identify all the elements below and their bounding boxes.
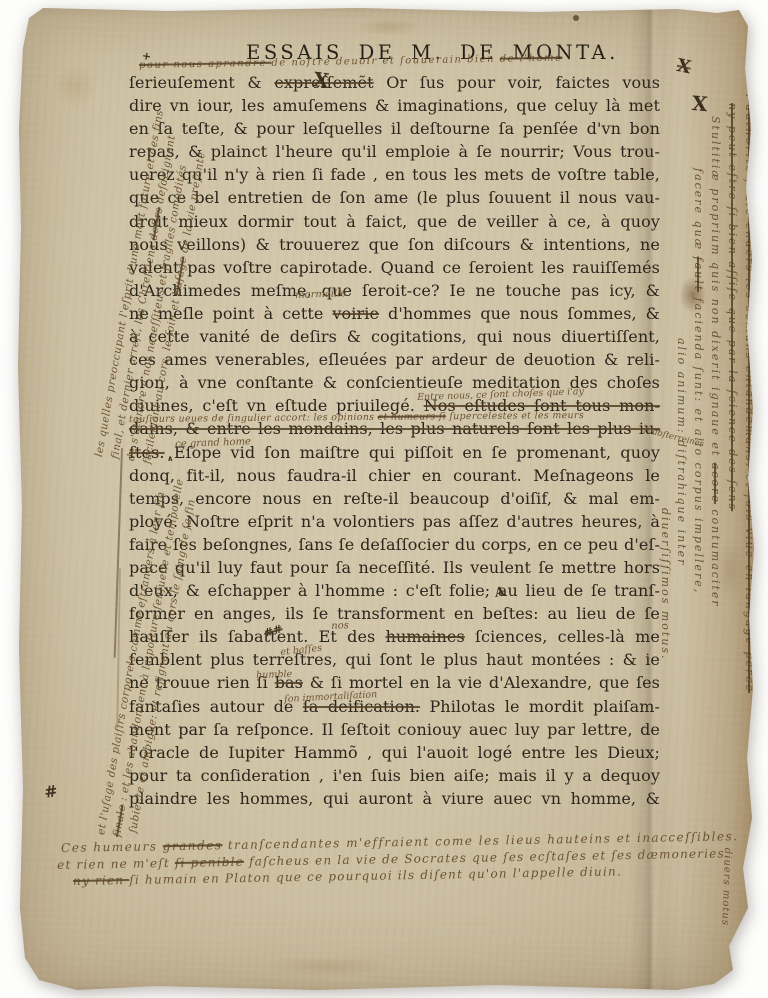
printed-line: hauſſer ils ſabattent. Et des humaines ſ… xyxy=(129,625,660,648)
printed-line: plaindre les hommes, qui auront à viure … xyxy=(129,787,660,810)
struck-text: fault xyxy=(692,257,705,293)
right-margin-note: ny peut eſtre ſi bien aſſiſe que par la … xyxy=(726,103,738,511)
text-segment: touſiours ueues de ſingulier accort: les… xyxy=(129,412,378,425)
text-segment: diuerſiſſimos motus. xyxy=(659,508,672,661)
text-segment: ∧ xyxy=(167,453,174,463)
hash-mark: # xyxy=(43,782,59,801)
text-segment: temps, encore nous en reſte-il beaucoup … xyxy=(129,489,660,508)
page-wrapper: ESSAIS DE M. DE MONTA. ſerieuſement & ex… xyxy=(17,8,754,990)
printed-line: l'oracle de Iupiter Hammõ , qui l'auoit … xyxy=(129,741,660,764)
struck-text: ny peut eſtre ſi bien aſſiſe que par la … xyxy=(726,103,739,511)
printed-line: droit mieux dormir tout à faict, que de … xyxy=(129,210,660,233)
printed-line: d'Archimedes meſme, que ſeroit-ce? Ie ne… xyxy=(129,279,660,302)
struck-text: ny rien xyxy=(73,873,129,888)
text-segment: uerez qu'il n'y à rien ſi fade , en tous… xyxy=(129,165,660,184)
text-segment: que ce bel entretien de ſon ame (le plus… xyxy=(129,188,660,207)
foxing-stain xyxy=(53,64,97,108)
text-segment: à cette vanité de deſirs & cogitations, … xyxy=(129,327,660,346)
text-segment: ſupercelestes et les meurs xyxy=(446,410,584,422)
printed-line: que ce bel entretien de ſon ame (le plus… xyxy=(129,186,660,209)
printed-line: pour ta conſideration , i'en ſuis bien a… xyxy=(129,764,660,787)
text-segment: contumaciter xyxy=(709,504,722,608)
interlinear-humble: humble xyxy=(256,670,292,682)
right-margin-note: diuers motus xyxy=(719,848,733,926)
printed-line: d'eux, & eſchapper à l'homme : c'eſt fol… xyxy=(129,579,660,602)
text-segment: l'oracle de Iupiter Hammõ , qui l'auoit … xyxy=(129,743,660,762)
text-segment: ployé. Noſtre eſprit n'a volontiers pas … xyxy=(129,512,660,531)
interlinear-marmaille: marmaille xyxy=(295,288,347,301)
struck-text: humaines xyxy=(386,627,465,646)
right-margin-note: alio animum: diſtrahique inter xyxy=(675,338,687,566)
printed-line: faire ſes beſongnes, ſans ſe deſaſſocier… xyxy=(129,533,660,556)
hand-capital-a: A xyxy=(494,586,506,602)
printed-line: ſemblent plus terreſtres, qui ſont le pl… xyxy=(129,648,660,671)
text-segment: # xyxy=(43,781,59,802)
printed-line: ment par ſa reſponce. Il ſeſtoit coniouy… xyxy=(129,718,660,741)
text-segment: valent pas voſtre capirotade. Quand ce ſ… xyxy=(129,258,660,277)
text-segment: A xyxy=(494,585,506,601)
struck-text: de l'home xyxy=(500,53,563,65)
printed-line: ne trouue rien ſi bas & ſi mortel en la … xyxy=(129,671,660,694)
text-segment: diuers motus xyxy=(719,848,733,926)
struck-text: finale xyxy=(111,803,129,837)
right-margin-note: diuerſiſſimos motus. xyxy=(659,508,671,661)
struck-text: voirie xyxy=(332,304,379,323)
text-segment: marmaille xyxy=(295,288,347,301)
text-segment: dire vn iour, les amuſemens & imaginatio… xyxy=(129,96,660,115)
struck-text: l'authorité ſeule enuers les cõmuns enta… xyxy=(743,94,756,693)
insertion-x-mark: X xyxy=(312,68,330,92)
struck-text: ſi penible xyxy=(175,855,244,870)
printed-line: donq, fit-il, nous faudra-il chier en co… xyxy=(129,464,660,487)
struck-text: et humeurs ſi xyxy=(378,411,446,423)
printed-line: dire vn iour, les amuſemens & imaginatio… xyxy=(129,94,660,117)
text-segment: humble xyxy=(256,669,292,681)
printed-line: ployé. Noſtre eſprit n'a volontiers pas … xyxy=(129,510,660,533)
text-segment: d'Archimedes meſme, que ſeroit-ce? Ie ne… xyxy=(129,281,660,300)
text-segment: Or ſus pour voir, faictes vous xyxy=(374,73,660,92)
text-segment: X xyxy=(312,67,331,93)
right-margin-note: Stultitiæ proprium quis non dixerit igna… xyxy=(709,116,721,608)
text-segment: Ces humeurs xyxy=(61,839,163,855)
foxing-stain xyxy=(263,956,393,976)
text-segment: facere quæ xyxy=(692,168,705,257)
printed-line: ne meſle point à cette voirie d'hommes q… xyxy=(129,302,660,325)
printed-line: temps, encore nous en reſte-il beaucoup … xyxy=(129,487,660,510)
text-segment: et rien ne m'eſt xyxy=(57,856,175,872)
struck-text: acore xyxy=(709,463,722,504)
cancelled-x-mark: X xyxy=(675,56,693,78)
printed-line: ces ames venerables, eſleuées par ardeur… xyxy=(129,348,660,371)
text-segment: ment par ſa reſponce. Il ſeſtoit coniouy… xyxy=(129,720,660,739)
printed-line: former en anges, ils ſe transforment en … xyxy=(129,602,660,625)
interlinear-nos: nos xyxy=(331,620,349,632)
printed-line: uerez qu'il n'y à rien ſi fade , en tous… xyxy=(129,163,660,186)
text-segment: ſerieuſement & xyxy=(129,73,274,92)
text-segment: d'eux, & eſchapper à l'homme : c'eſt fol… xyxy=(129,581,660,600)
foxing-stain xyxy=(357,18,421,36)
printed-line: à cette vanité de deſirs & cogitations, … xyxy=(129,325,660,348)
text-segment: ces ames venerables, eſleuées par ardeur… xyxy=(129,350,660,369)
text-segment: en ſa teſte, & pour leſquelles il deſtou… xyxy=(129,119,660,138)
struck-text: grandes xyxy=(163,838,223,853)
text-segment: facienda ſunt: et alio corpus impellere, xyxy=(692,292,705,594)
text-segment: d'hommes que nous ſommes, & xyxy=(379,304,660,323)
printed-line: pace qu'il luy faut pour ſa neceſſité. I… xyxy=(129,556,660,579)
struck-text: X xyxy=(675,55,693,78)
printed-line: repas, & plainct l'heure qu'il emploie à… xyxy=(129,140,660,163)
text-segment: ſemblent plus terreſtres, qui ſont le pl… xyxy=(129,650,660,669)
text-segment: repas, & plainct l'heure qu'il emploie à… xyxy=(129,142,660,161)
right-margin-note: facere quæ fault facienda ſunt: et alio … xyxy=(692,168,704,594)
text-segment: pace qu'il luy faut pour ſa neceſſité. I… xyxy=(129,558,660,577)
margin-key-x-mark: X xyxy=(691,92,708,115)
text-segment: donq, fit-il, nous faudra-il chier en co… xyxy=(129,466,660,485)
text-segment: Philotas le mordit plaiſam- xyxy=(420,697,660,716)
text-segment: pour ta conſideration , i'en ſuis bien a… xyxy=(129,766,660,785)
right-margin-note: l'authorité ſeule enuers les cõmuns enta… xyxy=(743,94,755,693)
text-segment: faire ſes beſongnes, ſans ſe deſaſſocier… xyxy=(129,535,660,554)
printed-line: nous veillons) & trouuerez que ſon diſco… xyxy=(129,233,660,256)
text-segment: Stultitiæ proprium quis non dixerit igna… xyxy=(709,116,722,463)
printed-line: en ſa teſte, & pour leſquelles il deſtou… xyxy=(129,117,660,140)
text-segment: former en anges, ils ſe transforment en … xyxy=(129,604,660,623)
struck-text: pour nous aprandre xyxy=(139,58,272,71)
text-segment: X xyxy=(691,91,709,116)
printed-line: fantaſies autour de ſa deification. Phil… xyxy=(129,695,660,718)
printed-line: valent pas voſtre capirotade. Quand ce ſ… xyxy=(129,256,660,279)
text-segment: nous veillons) & trouuerez que ſon diſco… xyxy=(129,235,660,254)
text-segment: alio animum: diſtrahique inter xyxy=(675,338,688,566)
text-segment: droit mieux dormir tout à faict, que de … xyxy=(129,212,660,231)
caret-mark: ∧ xyxy=(167,454,174,463)
manuscript-page: ESSAIS DE M. DE MONTA. ſerieuſement & ex… xyxy=(17,8,754,990)
ink-dot xyxy=(573,15,579,21)
printed-line: ſerieuſement & expreſſemẽt Or ſus pour v… xyxy=(129,71,660,94)
text-segment: nos xyxy=(331,620,349,632)
text-segment: ſciences, celles-là me xyxy=(465,627,660,646)
text-segment: plaindre les hommes, qui auront à viure … xyxy=(129,789,660,808)
